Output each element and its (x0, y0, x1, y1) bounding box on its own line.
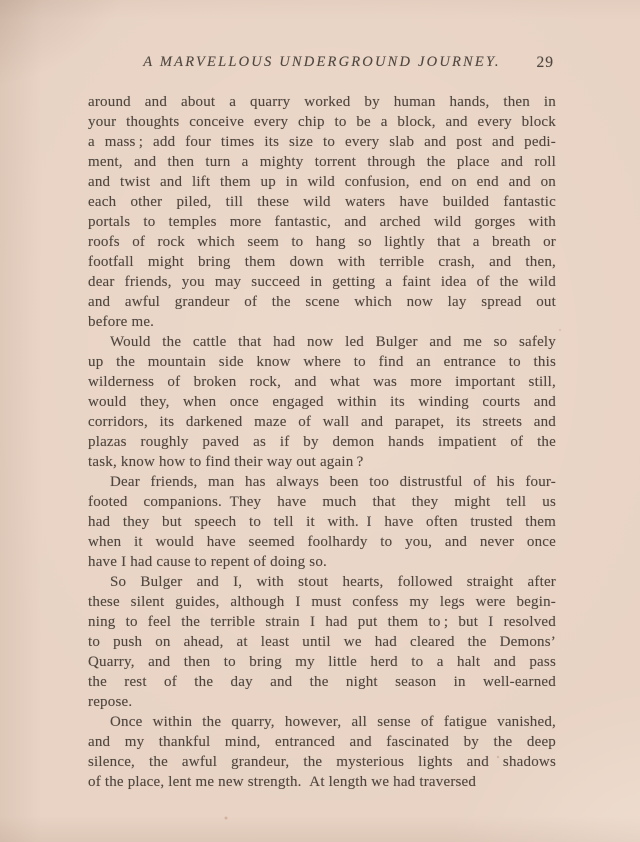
text-line: had they but speech to tell it with. I h… (88, 512, 556, 532)
text-line: footfall might bring them down with terr… (88, 252, 556, 272)
text-line: portals to temples more fantastic, and a… (88, 212, 556, 232)
scanned-book-page: { "colors": { "paper": "#e8d3c4", "ink":… (0, 0, 640, 842)
text-block: around and about a quarry worked by huma… (88, 92, 556, 792)
text-line: these silent guides, although I must con… (88, 592, 556, 612)
text-line: your thoughts conceive every chip to be … (88, 112, 556, 132)
text-line: and twist and lift them up in wild confu… (88, 172, 556, 192)
text-line: the rest of the day and the night season… (88, 672, 556, 692)
text-line: would they, when once engaged within its… (88, 392, 556, 412)
text-line: repose. (88, 692, 556, 712)
text-line: and awful grandeur of the scene which no… (88, 292, 556, 312)
text-line: corridors, its darkened maze of wall and… (88, 412, 556, 432)
text-line: of the place, lent me new strength. At l… (88, 772, 556, 792)
text-line: wilderness of broken rock, and what was … (88, 372, 556, 392)
text-line: plazas roughly paved as if by demon hand… (88, 432, 556, 452)
text-line: a mass ; add four times its size to ever… (88, 132, 556, 152)
text-line: dear friends, you may succeed in getting… (88, 272, 556, 292)
text-line: around and about a quarry worked by huma… (88, 92, 556, 112)
page-number: 29 (537, 54, 555, 72)
text-line: Would the cattle that had now led Bulger… (88, 332, 556, 352)
text-line: Quarry, and then to bring my little herd… (88, 652, 556, 672)
text-line: to push on ahead, at least until we had … (88, 632, 556, 652)
text-line: ment, and then turn a mighty torrent thr… (88, 152, 556, 172)
text-line: Dear friends, man has always been too di… (88, 472, 556, 492)
page-header: A MARVELLOUS UNDERGROUND JOURNEY. 29 (88, 54, 556, 74)
text-line: Once within the quarry, however, all sen… (88, 712, 556, 732)
text-line: before me. (88, 312, 556, 332)
text-line: roofs of rock which seem to hang so ligh… (88, 232, 556, 252)
running-title: A MARVELLOUS UNDERGROUND JOURNEY. (143, 54, 501, 71)
text-line: So Bulger and I, with stout hearts, foll… (88, 572, 556, 592)
text-line: ning to feel the terrible strain I had p… (88, 612, 556, 632)
text-line: when it would have seemed foolhardy to y… (88, 532, 556, 552)
text-line: footed companions. They have much that t… (88, 492, 556, 512)
text-line: each other piled, till these wild waters… (88, 192, 556, 212)
text-line: and my thankful mind, entranced and fasc… (88, 732, 556, 752)
text-line: have I had cause to repent of doing so. (88, 552, 556, 572)
text-line: silence, the awful grandeur, the mysteri… (88, 752, 556, 772)
text-line: up the mountain side know where to find … (88, 352, 556, 372)
text-line: task, know how to find their way out aga… (88, 452, 556, 472)
